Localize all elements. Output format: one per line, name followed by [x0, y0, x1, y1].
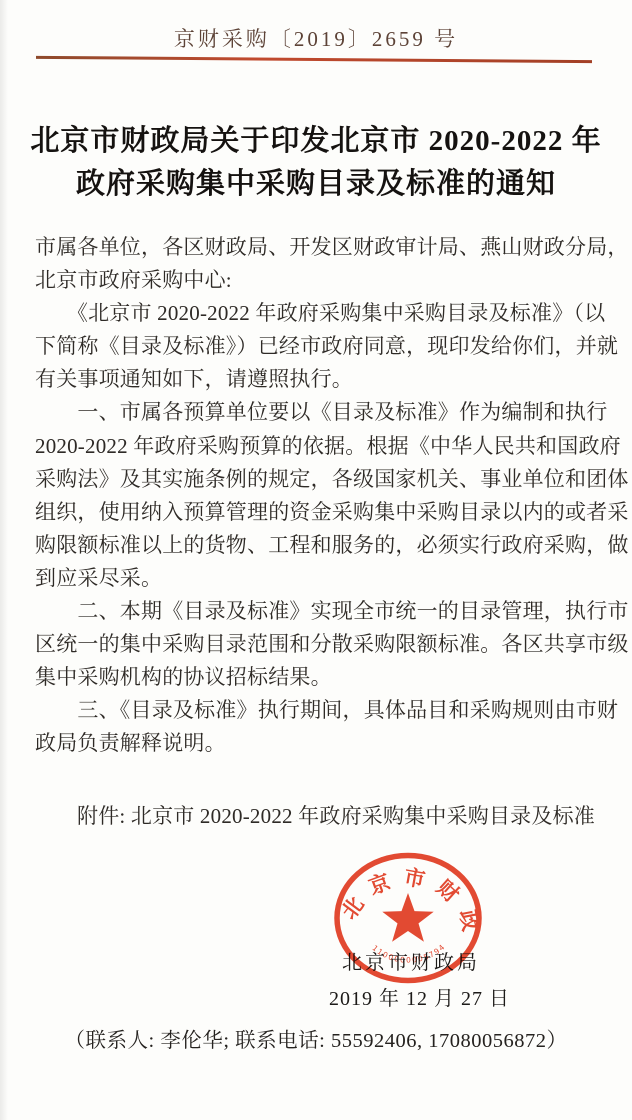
official-seal: 北京市财政局 1100000005794: [330, 850, 486, 990]
body-line: 2020-2022 年政府采购预算的依据。根据《中华人民共和国政府: [35, 430, 600, 463]
body-line: 有关事项通知如下，请遵照执行。: [35, 363, 600, 396]
doc-number: 京财采购〔2019〕2659 号: [0, 23, 632, 53]
body-line: 下简称《目录及标准》）已经市政府同意，现印发给你们，并就: [35, 330, 600, 363]
header-divider: [36, 56, 592, 63]
body-line: 采购法》及其实施条例的规定，各级国家机关、事业单位和团体: [35, 463, 600, 496]
page-title: 北京市财政局关于印发北京市 2020-2022 年 政府采购集中采购目录及标准的…: [0, 120, 632, 206]
document-page: 京财采购〔2019〕2659 号 北京市财政局关于印发北京市 2020-2022…: [0, 0, 632, 1120]
seal-serial-number: 1100000005794: [370, 942, 447, 965]
body-line: 组织，使用纳入预算管理的资金采购集中采购目录以内的或者采: [35, 496, 600, 529]
contact-line: （联系人: 李伦华; 联系电话: 55592406, 17080056872）: [0, 1023, 632, 1053]
body-line: 集中采购机构的协议招标结果。: [35, 661, 600, 694]
body-line: 市属各单位，各区财政局、开发区财政审计局、燕山财政分局，: [35, 231, 600, 264]
attachment-line: 附件: 北京市 2020-2022 年政府采购集中采购目录及标准: [35, 800, 600, 830]
body-line: 购限额标准以上的货物、工程和服务的，必须实行政府采购，做: [35, 529, 600, 562]
document-body: 市属各单位，各区财政局、开发区财政审计局、燕山财政分局， 北京市政府采购中心: …: [35, 231, 600, 761]
body-line: 政局负责解释说明。: [35, 727, 600, 760]
seal-star-icon: [382, 893, 433, 942]
body-line: 北京市政府采购中心:: [35, 264, 600, 297]
title-line-2: 政府采购集中采购目录及标准的通知: [0, 163, 632, 206]
body-line: 到应采尽采。: [35, 562, 600, 595]
body-line: 区统一的集中采购目录范围和分散采购限额标准。各区共享市级: [35, 628, 600, 661]
body-line: 《北京市 2020-2022 年政府采购集中采购目录及标准》（以: [35, 297, 600, 330]
body-line: 二、本期《目录及标准》实现全市统一的目录管理，执行市: [35, 595, 600, 628]
body-line: 三、《目录及标准》执行期间，具体品目和采购规则由市财: [35, 694, 600, 727]
body-line: 一、市属各预算单位要以《目录及标准》作为编制和执行: [35, 396, 600, 429]
title-line-1: 北京市财政局关于印发北京市 2020-2022 年: [0, 120, 632, 163]
svg-text:1100000005794: 1100000005794: [370, 942, 447, 965]
